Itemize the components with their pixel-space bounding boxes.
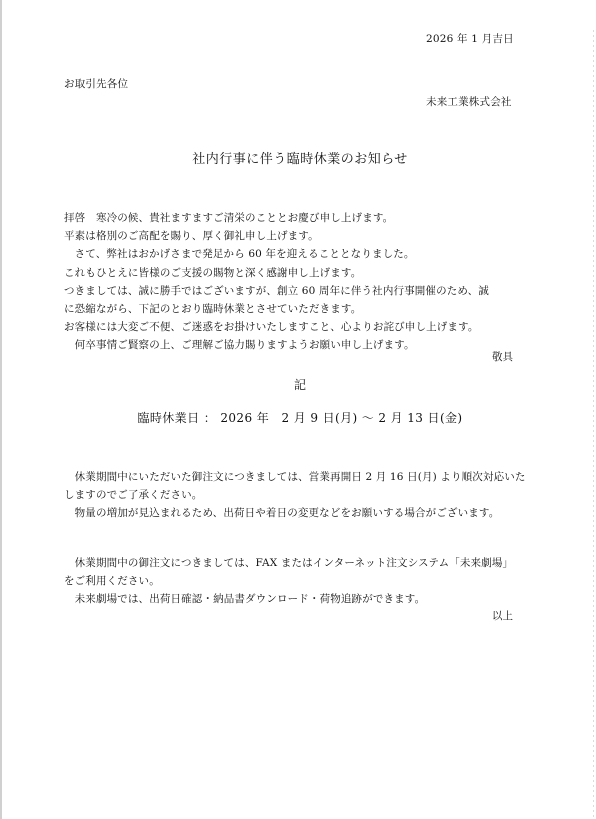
holiday-value: 2026 年 2 月 9 日(月) ～ 2 月 13 日(金) xyxy=(220,411,462,425)
closing-ijou: 以上 xyxy=(492,608,513,623)
document-page: 2026 年 1 月吉日 お取引先各位 未来工業株式会社 社内行事に伴う臨時休業… xyxy=(0,0,596,819)
body-line: さて、弊社はおかげさまで発足から 60 年を迎えることとなりました。 xyxy=(64,245,524,263)
letter-body: 拝啓 寒冷の候、貴社ますますご清栄のこととお慶び申し上げます。 平素は格別のご高… xyxy=(64,209,524,355)
holiday-dates: 臨時休業日 ： 2026 年 2 月 9 日(月) ～ 2 月 13 日(金) xyxy=(2,409,596,426)
note-line: しますのでご了承ください。 xyxy=(64,486,534,504)
body-line: お客様には大変ご不便、ご迷惑をお掛けいたしますこと、心よりお詫び申し上げます。 xyxy=(64,318,524,336)
body-line: これもひとえに皆様のご支援の賜物と深く感謝申し上げます。 xyxy=(64,264,524,282)
ki-heading: 記 xyxy=(2,376,596,393)
order-note: 休業期間中にいただいた御注文につきましては、営業再開日 2 月 16 日(月) … xyxy=(64,468,534,523)
body-line: 拝啓 寒冷の候、貴社ますますご清栄のこととお慶び申し上げます。 xyxy=(64,209,524,227)
holiday-separator: ： xyxy=(204,411,216,425)
body-line: に恐縮ながら、下記のとおり臨時休業とさせていただきます。 xyxy=(64,300,524,318)
body-line: つきましては、誠に勝手ではございますが、創立 60 周年に伴う社内行事開催のため… xyxy=(64,282,524,300)
note-line: をご利用ください。 xyxy=(64,572,534,590)
note-line: 物量の増加が見込まれるため、出荷日や着日の変更などをお願いする場合がございます。 xyxy=(64,504,534,522)
closing-keigu: 敬具 xyxy=(492,349,513,364)
issue-date: 2026 年 1 月吉日 xyxy=(426,30,514,48)
note-line: 休業期間中にいただいた御注文につきましては、営業再開日 2 月 16 日(月) … xyxy=(64,468,534,486)
holiday-label: 臨時休業日 xyxy=(137,411,199,425)
recipient: お取引先各位 xyxy=(64,75,128,93)
online-order-note: 休業期間中の御注文につきましては、FAX またはインターネット注文システム「未来… xyxy=(64,554,534,609)
note-line: 未来劇場では、出荷日確認・納品書ダウンロード・荷物追跡ができます。 xyxy=(64,590,534,608)
document-title: 社内行事に伴う臨時休業のお知らせ xyxy=(2,148,596,167)
sender-company: 未来工業株式会社 xyxy=(426,93,512,111)
note-line: 休業期間中の御注文につきましては、FAX またはインターネット注文システム「未来… xyxy=(64,554,534,572)
body-line: 平素は格別のご高配を賜り、厚く御礼申し上げます。 xyxy=(64,227,524,245)
body-line: 何卒事情ご賢察の上、ご理解ご協力賜りますようお願い申し上げます。 xyxy=(64,336,524,354)
